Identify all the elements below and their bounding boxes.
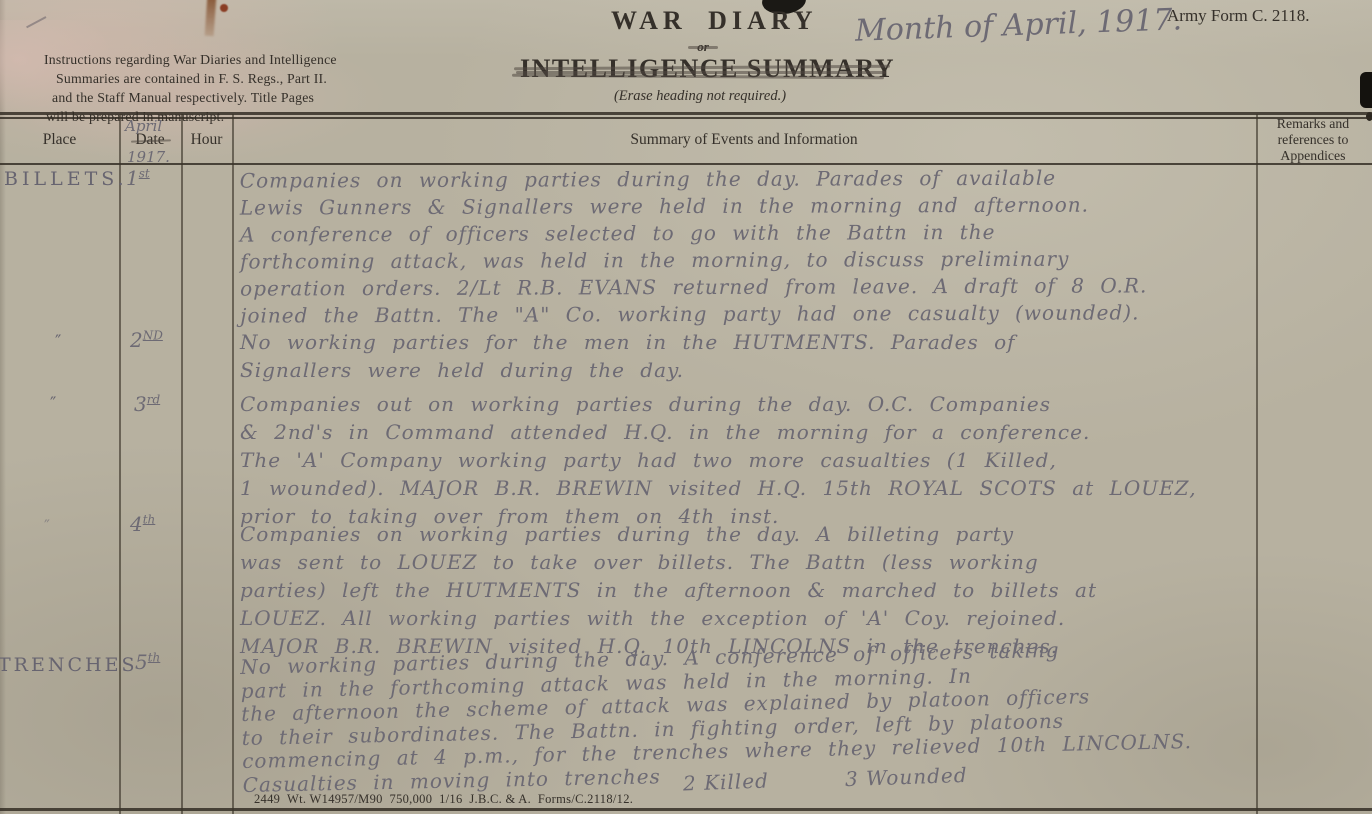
intelligence-summary-title: INTELLIGENCE SUMMARY bbox=[520, 54, 880, 84]
entry-date: 1st bbox=[126, 166, 150, 190]
entry-date: 2ND bbox=[130, 328, 163, 352]
column-line-summary-remarks bbox=[1256, 114, 1258, 814]
erase-heading-note: (Erase heading not required.) bbox=[575, 88, 825, 105]
month-note-handwritten: Month of April, 1917. bbox=[854, 2, 1182, 48]
column-line-place-date bbox=[119, 114, 121, 814]
instructions-line: Instructions regarding War Diaries and I… bbox=[44, 50, 383, 69]
printer-imprint: 2449 Wt. W14957/M90 750,000 1/16 J.B.C. … bbox=[254, 792, 633, 807]
header-remarks-line: Remarks and bbox=[1258, 116, 1368, 132]
entry-place: TRENCHES bbox=[0, 654, 137, 676]
header-hour: Hour bbox=[181, 131, 232, 149]
entry-place-ditto: ″ bbox=[55, 332, 61, 352]
entry-date: 5th bbox=[135, 650, 160, 674]
header-remarks-line: Appendices bbox=[1258, 148, 1368, 164]
column-line-hour-summary bbox=[232, 114, 234, 814]
edge-tear-mark bbox=[1360, 72, 1372, 108]
casualties-killed: 2 Killed bbox=[683, 769, 770, 796]
header-remarks: Remarks and references to Appendices bbox=[1258, 116, 1368, 164]
header-summary: Summary of Events and Information bbox=[232, 131, 1256, 149]
pencil-check-mark bbox=[20, 4, 47, 28]
header-date-month-overwrite: April bbox=[125, 117, 162, 135]
instructions-line: and the Staff Manual respectively. Title… bbox=[52, 88, 383, 107]
entry-place: BILLETS. bbox=[4, 168, 128, 190]
header-remarks-line: references to bbox=[1258, 132, 1368, 148]
form-title: WAR DIARY bbox=[611, 6, 817, 36]
entry-date: 4th bbox=[130, 512, 155, 536]
entry-date: 3rd bbox=[134, 392, 160, 416]
header-bottom-rule bbox=[0, 163, 1372, 165]
army-form-number: Army Form C. 2118. bbox=[1167, 6, 1309, 26]
rust-streak bbox=[205, 0, 217, 36]
casualties-wounded: 3 Wounded bbox=[845, 763, 968, 791]
rust-dot bbox=[220, 4, 228, 12]
header-place: Place bbox=[0, 131, 119, 149]
instructions-line: Summaries are contained in F. S. Regs., … bbox=[56, 69, 383, 88]
war-diary-page: Instructions regarding War Diaries and I… bbox=[0, 0, 1372, 814]
column-line-date-hour bbox=[181, 114, 183, 814]
table-bottom-rule bbox=[0, 808, 1372, 811]
entry-place-ditto: ″ bbox=[50, 394, 56, 414]
table-top-rule bbox=[0, 112, 1372, 115]
instructions-note: Instructions regarding War Diaries and I… bbox=[38, 50, 383, 126]
entry-summary: Companies out on working parties during … bbox=[240, 390, 1197, 530]
entry-summary: No working parties for the men in the HU… bbox=[240, 328, 1016, 384]
entry-place-ditto: ″ bbox=[44, 516, 50, 535]
table-top-rule-2 bbox=[0, 117, 1372, 119]
pencil-strike bbox=[688, 46, 718, 49]
entry-summary: Companies on working parties during the … bbox=[240, 164, 1148, 329]
header-date-year-overwrite: 1917. bbox=[127, 148, 170, 166]
